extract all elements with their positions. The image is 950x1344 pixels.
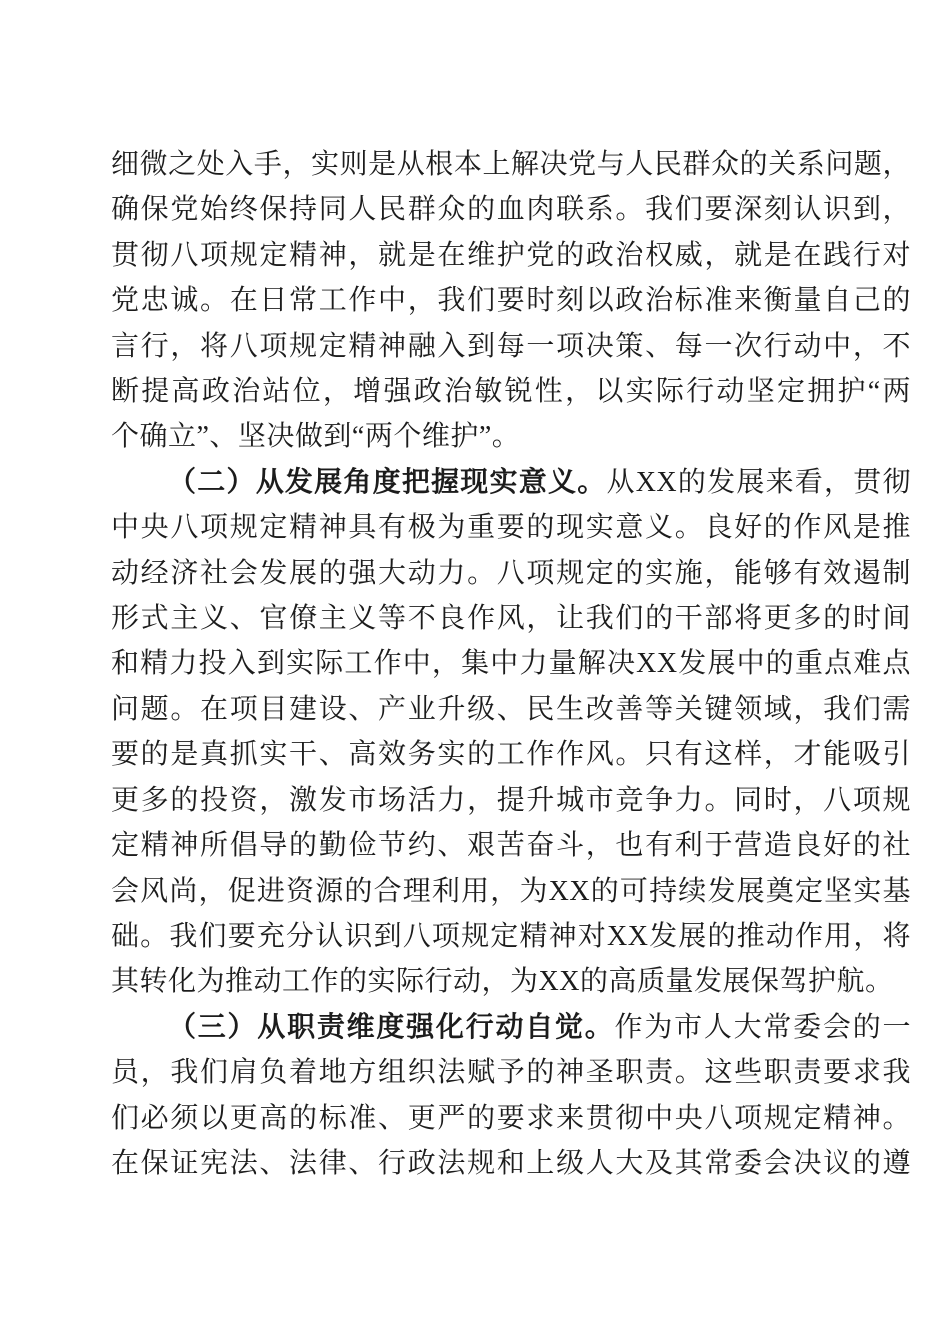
- text-line: 和精力投入到实际工作中，集中力量解决XX发展中的重点难点: [111, 641, 911, 686]
- text-line: 要的是真抓实干、高效务实的工作作风。只有这样，才能吸引: [111, 732, 911, 777]
- text-line: 中央八项规定精神具有极为重要的现实意义。良好的作风是推: [111, 505, 911, 550]
- text-run: 定精神所倡导的勤俭节约、艰苦奋斗，也有利于营造良好的社: [111, 830, 911, 861]
- text-run: 断提高政治站位，增强政治敏锐性，以实际行动坚定拥护“两: [111, 376, 911, 407]
- text-line: （三）从职责维度强化行动自觉。作为市人大常委会的一: [111, 1005, 911, 1050]
- text-line: 更多的投资，激发市场活力，提升城市竞争力。同时，八项规: [111, 778, 911, 823]
- heading-run: （三）从职责维度强化行动自觉。: [168, 1012, 615, 1043]
- text-run: 中央八项规定精神具有极为重要的现实意义。良好的作风是推: [111, 512, 911, 543]
- text-run: 员，我们肩负着地方组织法赋予的神圣职责。这些职责要求我: [111, 1057, 911, 1088]
- text-line: 定精神所倡导的勤俭节约、艰苦奋斗，也有利于营造良好的社: [111, 823, 911, 868]
- text-run: 党忠诚。在日常工作中，我们要时刻以政治标准来衡量自己的: [111, 285, 911, 316]
- text-run: 言行，将八项规定精神融入到每一项决策、每一次行动中，不: [111, 331, 911, 362]
- document-body: 细微之处入手，实则是从根本上解决党与人民群众的关系问题，确保党始终保持同人民群众…: [111, 142, 911, 1186]
- text-run: 在保证宪法、法律、行政法规和上级人大及其常委会决议的遵: [111, 1148, 911, 1179]
- text-run: 础。我们要充分认识到八项规定精神对XX发展的推动作用，将: [111, 921, 911, 952]
- document-page: 细微之处入手，实则是从根本上解决党与人民群众的关系问题，确保党始终保持同人民群众…: [0, 0, 950, 1344]
- text-run: 形式主义、官僚主义等不良作风，让我们的干部将更多的时间: [111, 603, 911, 634]
- text-run: 会风尚，促进资源的合理利用，为XX的可持续发展奠定坚实基: [111, 876, 911, 907]
- text-run: 个确立”、坚决做到“两个维护”。: [111, 421, 520, 452]
- text-line: 言行，将八项规定精神融入到每一项决策、每一次行动中，不: [111, 324, 911, 369]
- text-line: 断提高政治站位，增强政治敏锐性，以实际行动坚定拥护“两: [111, 369, 911, 414]
- text-line: 形式主义、官僚主义等不良作风，让我们的干部将更多的时间: [111, 596, 911, 641]
- text-line: 其转化为推动工作的实际行动，为XX的高质量发展保驾护航。: [111, 959, 911, 1004]
- text-line: 会风尚，促进资源的合理利用，为XX的可持续发展奠定坚实基: [111, 869, 911, 914]
- text-run: 确保党始终保持同人民群众的血肉联系。我们要深刻认识到，: [111, 194, 911, 225]
- text-line: 党忠诚。在日常工作中，我们要时刻以政治标准来衡量自己的: [111, 278, 911, 323]
- text-run: 动经济社会发展的强大动力。八项规定的实施，能够有效遏制: [111, 558, 911, 589]
- text-line: 贯彻八项规定精神，就是在维护党的政治权威，就是在践行对: [111, 233, 911, 278]
- paragraph-political-significance-continued: 细微之处入手，实则是从根本上解决党与人民群众的关系问题，确保党始终保持同人民群众…: [111, 142, 911, 460]
- text-run: 问题。在项目建设、产业升级、民生改善等关键领域，我们需: [111, 694, 911, 725]
- text-line: 们必须以更高的标准、更严的要求来贯彻中央八项规定精神。: [111, 1096, 911, 1141]
- paragraph-duty-awareness: （三）从职责维度强化行动自觉。作为市人大常委会的一员，我们肩负着地方组织法赋予的…: [111, 1005, 911, 1187]
- text-run: 从XX的发展来看，贯彻: [606, 467, 911, 498]
- text-line: 在保证宪法、法律、行政法规和上级人大及其常委会决议的遵: [111, 1141, 911, 1186]
- text-line: 动经济社会发展的强大动力。八项规定的实施，能够有效遏制: [111, 551, 911, 596]
- text-line: 个确立”、坚决做到“两个维护”。: [111, 414, 911, 459]
- text-line: 础。我们要充分认识到八项规定精神对XX发展的推动作用，将: [111, 914, 911, 959]
- text-run: 作为市人大常委会的一: [615, 1012, 911, 1043]
- text-run: 们必须以更高的标准、更严的要求来贯彻中央八项规定精神。: [111, 1103, 911, 1134]
- text-run: 和精力投入到实际工作中，集中力量解决XX发展中的重点难点: [111, 648, 911, 679]
- paragraph-development-significance: （二）从发展角度把握现实意义。从XX的发展来看，贯彻中央八项规定精神具有极为重要…: [111, 460, 911, 1005]
- text-line: 确保党始终保持同人民群众的血肉联系。我们要深刻认识到，: [111, 187, 911, 232]
- text-line: 问题。在项目建设、产业升级、民生改善等关键领域，我们需: [111, 687, 911, 732]
- text-line: 员，我们肩负着地方组织法赋予的神圣职责。这些职责要求我: [111, 1050, 911, 1095]
- text-run: 要的是真抓实干、高效务实的工作作风。只有这样，才能吸引: [111, 739, 911, 770]
- text-line: 细微之处入手，实则是从根本上解决党与人民群众的关系问题，: [111, 142, 911, 187]
- text-run: 其转化为推动工作的实际行动，为XX的高质量发展保驾护航。: [111, 966, 893, 997]
- heading-run: （二）从发展角度把握现实意义。: [168, 467, 606, 498]
- text-run: 更多的投资，激发市场活力，提升城市竞争力。同时，八项规: [111, 785, 911, 816]
- text-run: 细微之处入手，实则是从根本上解决党与人民群众的关系问题，: [111, 149, 911, 180]
- text-line: （二）从发展角度把握现实意义。从XX的发展来看，贯彻: [111, 460, 911, 505]
- text-run: 贯彻八项规定精神，就是在维护党的政治权威，就是在践行对: [111, 240, 911, 271]
